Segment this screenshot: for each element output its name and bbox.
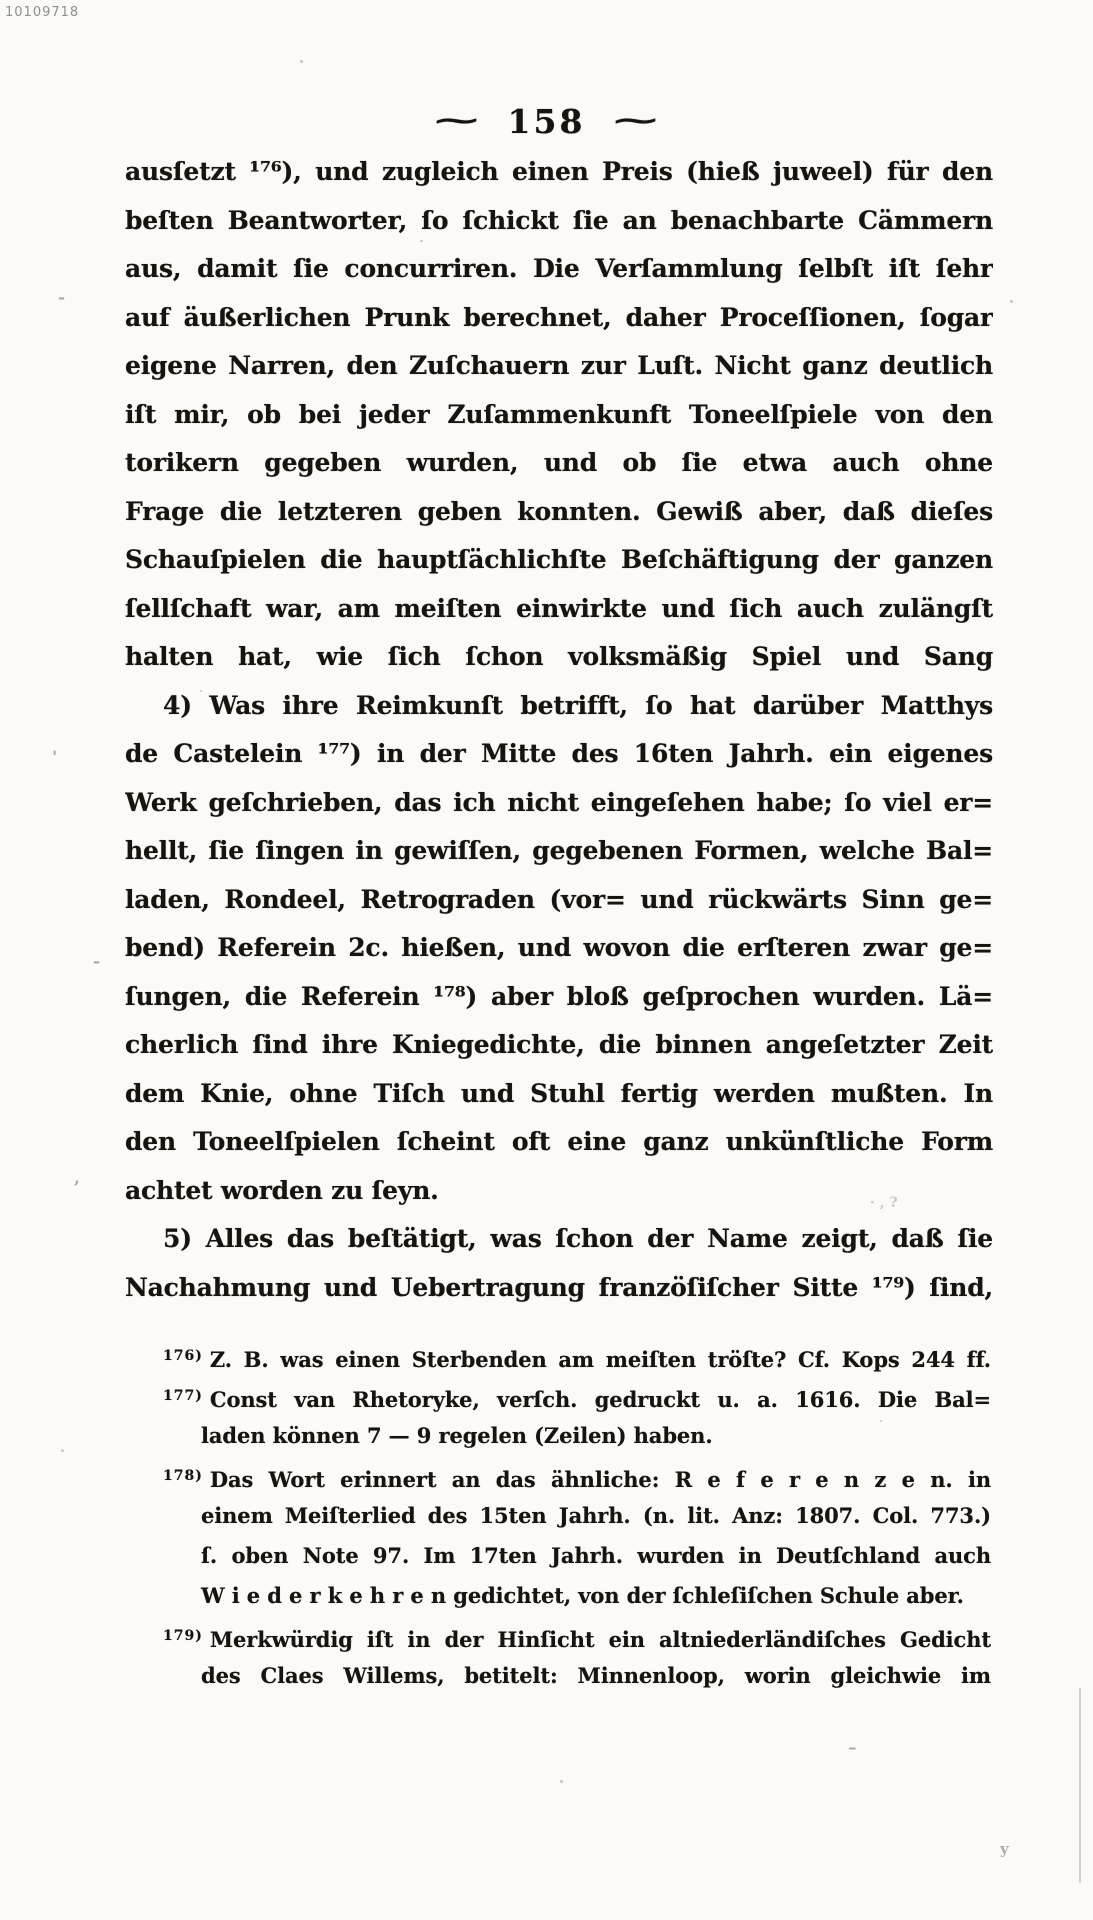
body-line: de Castelein ¹⁷⁷) in der Mitte des 16ten… <box>125 730 993 779</box>
footnotes: 176)Z. B. was einen Sterbenden am meiſte… <box>163 1336 991 1696</box>
footnote-line: 178)Das Wort erinnert an das ähnliche: R… <box>163 1456 991 1496</box>
header-ornament-right: ~ <box>610 105 663 137</box>
body-line: dem Knie, ohne Tiſch und Stuhl fertig we… <box>125 1070 993 1119</box>
scan-speck <box>300 60 303 63</box>
footnote-line: 177)Const van Rhetoryke, verſch. gedruck… <box>163 1376 991 1416</box>
body-line: den Toneelſpielen ſcheint oft eine ganz … <box>125 1118 993 1167</box>
page-edge-line <box>1079 1688 1081 1883</box>
body-line: Nachahmung und Uebertragung franzöſiſche… <box>125 1264 993 1313</box>
footnote-marker: 176) <box>163 1348 203 1364</box>
body-line: torikern gegeben wurden, und ob ſie etwa… <box>125 439 993 488</box>
scan-speck <box>980 1100 983 1102</box>
body-line: achtet worden zu ſeyn. <box>125 1167 993 1216</box>
footnote-line: W i e d e r k e h r e n gedichtet, von d… <box>163 1576 991 1616</box>
body-line: halten hat, wie ſich ſchon volksmäßig Sp… <box>125 633 993 682</box>
body-line: 4) Was ihre Reimkunſt betrifft, ſo hat d… <box>125 682 993 731</box>
scan-artifact: - <box>58 288 65 308</box>
footnote-line: laden können 7 — 9 regelen (Zeilen) habe… <box>163 1416 991 1456</box>
scan-speck <box>420 240 423 242</box>
footnote-line: 179)Merkwürdig iſt in der Hinſicht ein a… <box>163 1616 991 1656</box>
body-line: 5) Alles das beſtätigt, was ſchon der Na… <box>125 1215 993 1264</box>
page-header: ~158~ <box>0 102 1093 141</box>
footnote-marker: 177) <box>163 1388 203 1404</box>
body-line: aus, damit ſie concurriren. Die Verſamml… <box>125 245 993 294</box>
scan-artifact: , <box>74 1168 80 1188</box>
scan-artifact: . <box>60 1440 65 1456</box>
body-text: ausſetzt ¹⁷⁶), und zugleich einen Preis … <box>125 148 993 1312</box>
body-line: eigene Narren, den Zuſchauern zur Luſt. … <box>125 342 993 391</box>
scan-number: 10109718 <box>5 5 79 20</box>
scan-speck <box>560 1780 563 1783</box>
scan-speck <box>880 1420 882 1422</box>
page-number: 158 <box>508 102 586 141</box>
body-line: Schauſpielen die hauptſächlichſte Beſchä… <box>125 536 993 585</box>
body-line: bend) Referein 2c. hießen, und wovon die… <box>125 924 993 973</box>
footnote-marker: 178) <box>163 1468 203 1484</box>
scan-artifact: – <box>848 1738 857 1758</box>
body-line: hellt, ſie ſingen in gewiſſen, gegebenen… <box>125 827 993 876</box>
footnote-line: 176)Z. B. was einen Sterbenden am meiſte… <box>163 1336 991 1376</box>
body-line: auf äußerlichen Prunk berechnet, daher P… <box>125 294 993 343</box>
scan-artifact: ' <box>52 748 57 768</box>
body-line: ausſetzt ¹⁷⁶), und zugleich einen Preis … <box>125 148 993 197</box>
body-line: Frage die letzteren geben konnten. Gewiß… <box>125 488 993 537</box>
body-line: beſten Beantworter, ſo ſchickt ſie an be… <box>125 197 993 246</box>
scan-artifact: · , ? <box>870 1195 898 1211</box>
footnote-marker: 179) <box>163 1628 203 1644</box>
body-line: laden, Rondeel, Retrograden (vor= und rü… <box>125 876 993 925</box>
body-line: ſellſchaft war, am meiſten einwirkte und… <box>125 585 993 634</box>
scan-artifact: - <box>93 952 100 972</box>
scan-artifact: y <box>1000 1840 1009 1858</box>
footnote-line: des Claes Willems, betitelt: Minnenloop,… <box>163 1656 991 1696</box>
footnote-line: einem Meiſterlied des 15ten Jahrh. (n. l… <box>163 1496 991 1536</box>
body-line: Werk geſchrieben, das ich nicht eingeſeh… <box>125 779 993 828</box>
body-line: iſt mir, ob bei jeder Zuſammenkunft Tone… <box>125 391 993 440</box>
scan-speck <box>350 1640 352 1643</box>
body-line: cherlich ſind ihre Kniegedichte, die bin… <box>125 1021 993 1070</box>
scan-speck <box>200 690 202 692</box>
scan-speck <box>1010 300 1013 303</box>
body-line: ſungen, die Referein ¹⁷⁸) aber bloß geſp… <box>125 973 993 1022</box>
header-ornament-left: ~ <box>431 105 484 137</box>
footnote-line: ſ. oben Note 97. Im 17ten Jahrh. wurden … <box>163 1536 991 1576</box>
